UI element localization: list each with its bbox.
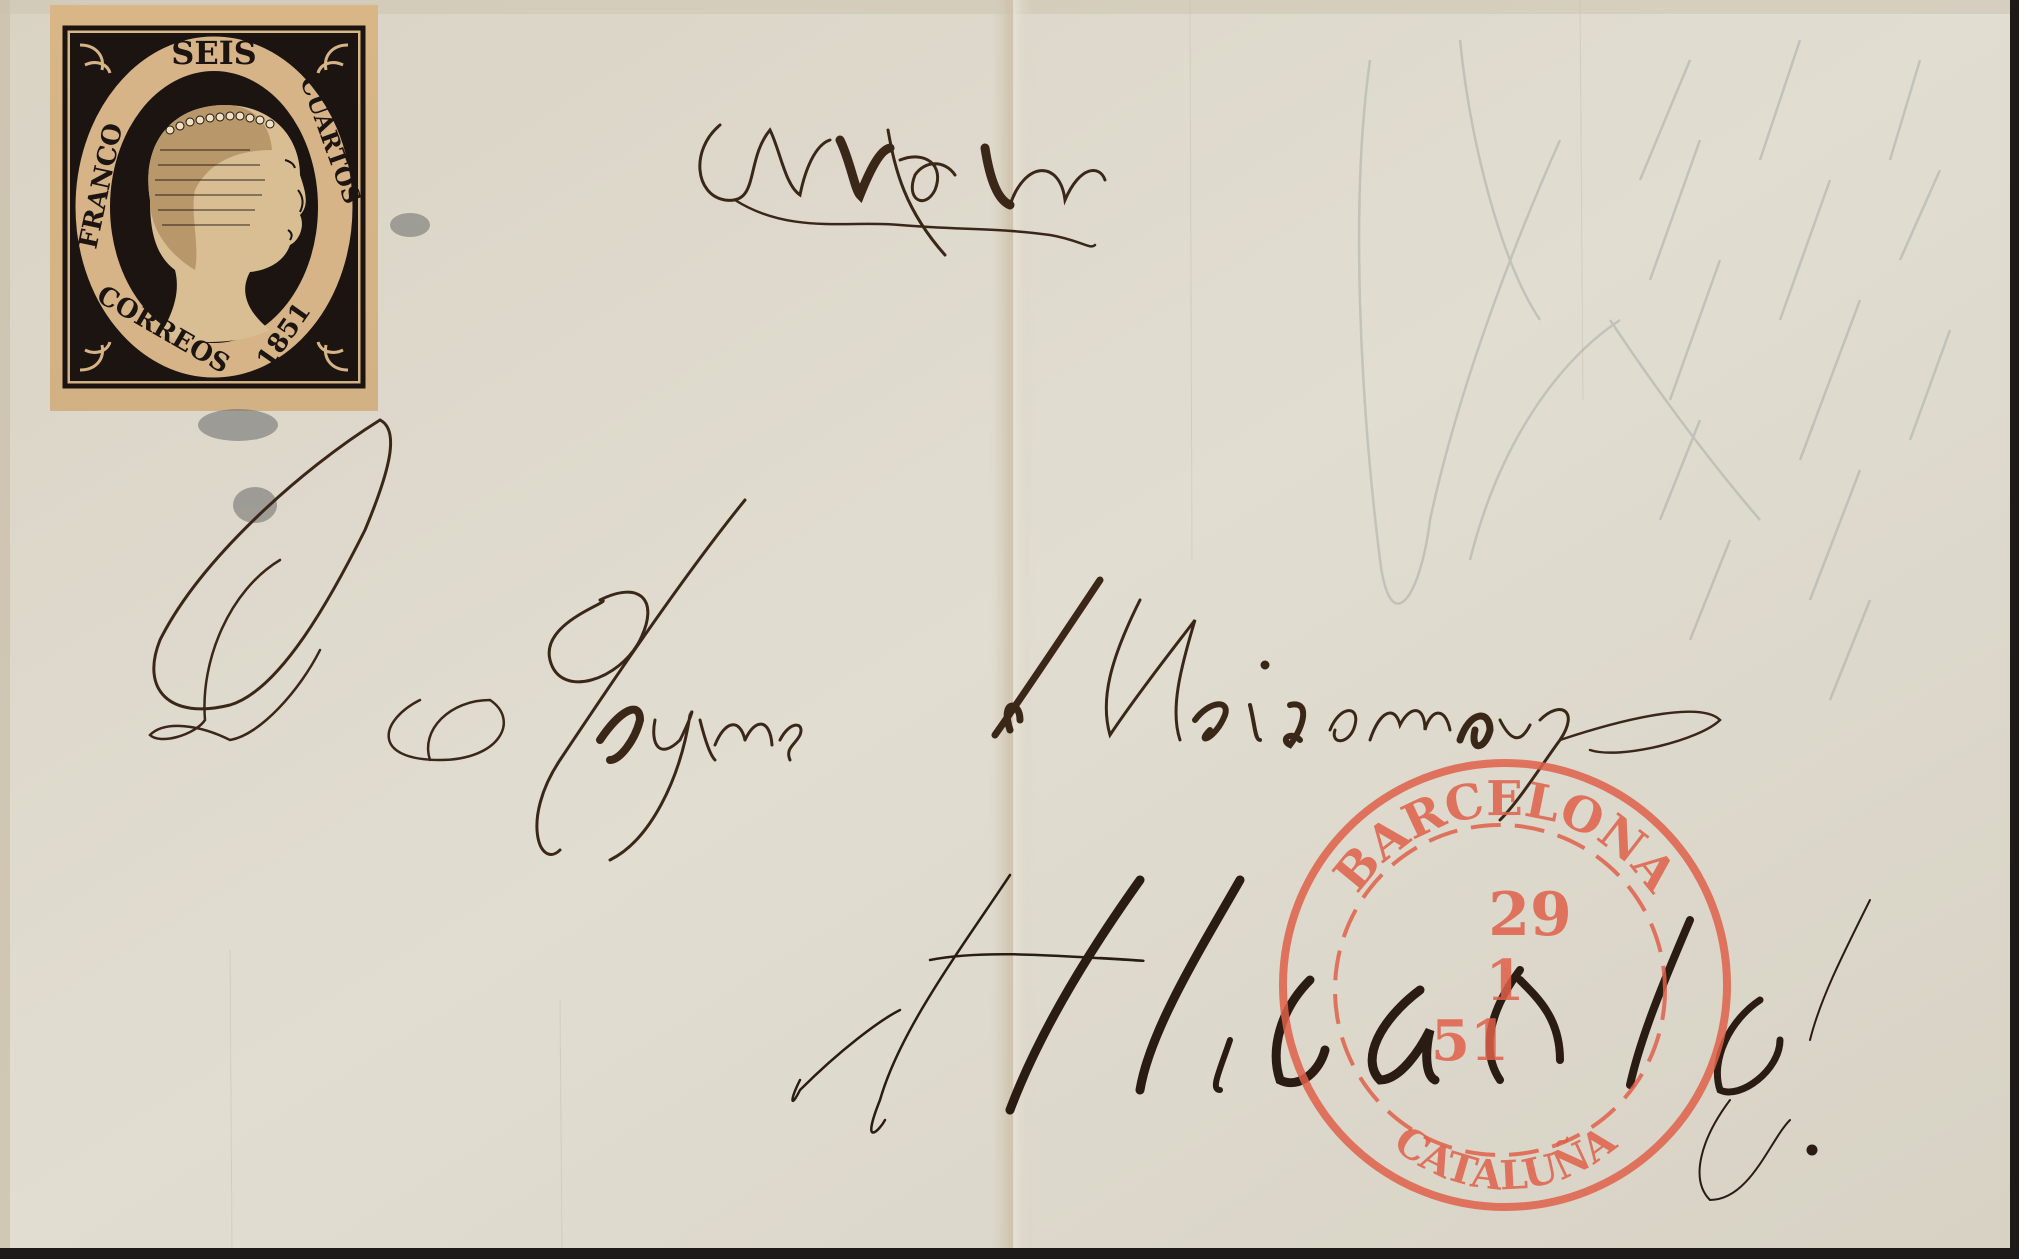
postmark-day: 29 bbox=[1488, 880, 1572, 950]
stamp-top-text: SEIS bbox=[171, 34, 257, 72]
postmark-year: 51 bbox=[1431, 1008, 1509, 1074]
postmark-month: 1 bbox=[1486, 948, 1525, 1014]
postal-cover: SEIS FRANCO CUARTOS CORREOS 1851 bbox=[0, 0, 2019, 1259]
